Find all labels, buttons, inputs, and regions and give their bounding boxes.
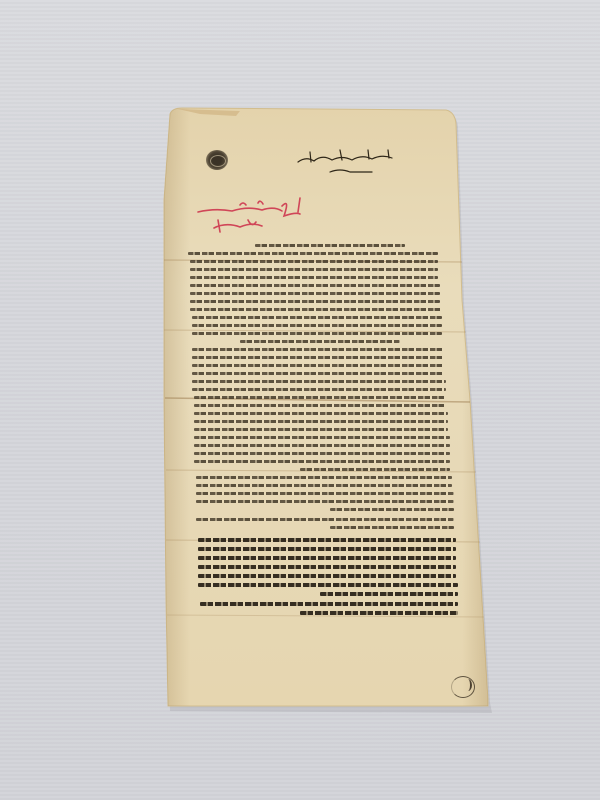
text-line [196,484,452,487]
text-line [192,380,446,383]
text-line [198,574,456,578]
text-line [300,468,450,471]
text-line [190,308,442,311]
text-line [196,518,454,521]
text-line [194,412,448,415]
text-line [192,348,444,351]
text-line [196,500,454,503]
text-line [198,583,458,587]
text-line [192,364,444,367]
text-line [190,268,438,271]
text-line [194,436,450,439]
text-line [196,492,454,495]
text-line [194,452,450,455]
text-line [300,611,458,615]
document-paper [0,0,600,800]
top-seal-icon [206,150,228,170]
text-line [194,460,450,463]
text-line [192,316,442,319]
text-line [192,332,442,335]
text-line [192,356,444,359]
text-line [200,602,458,606]
text-line [194,428,448,431]
text-line [190,260,438,263]
text-line [192,388,446,391]
text-line [255,244,405,247]
text-line [194,444,450,447]
text-line [240,340,400,343]
text-line [190,276,438,279]
text-line [194,420,448,423]
text-line [190,284,440,287]
text-line [198,565,456,569]
text-line [196,476,452,479]
text-line [194,404,446,407]
text-line [198,547,456,551]
text-line [198,556,456,560]
text-line [192,372,444,375]
signature-seal-icon [451,676,475,698]
text-line [190,292,440,295]
paper-shape [0,0,600,800]
text-line [320,592,458,596]
text-line [194,396,446,399]
text-line [192,324,442,327]
text-line [198,538,456,542]
text-line [330,526,454,529]
text-line [188,252,438,255]
text-line [190,300,440,303]
text-line [330,508,454,511]
